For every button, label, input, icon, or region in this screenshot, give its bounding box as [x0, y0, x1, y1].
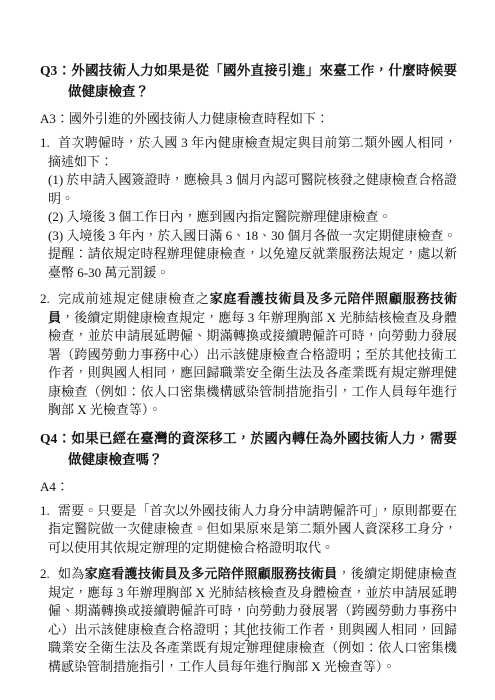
answer-a4-label-line: A4： — [40, 477, 457, 496]
a4-item-1-text: 需要。只要是「首次以外國技術人力身分申請聘僱許可」，原則都要在指定醫院做一次健康… — [48, 502, 457, 558]
a3-label: A3： — [40, 111, 69, 126]
q4-label: Q4： — [40, 431, 71, 446]
a3-item-1-sub-2: (2) 入境後 3 個工作日內，應到國內指定醫院辦理健康檢查。 — [48, 208, 457, 227]
a4-item-2-post: ，後續定期健康檢查規定，應每 3 年辦理胸部 X 光肺結核檢查及身體檢查，並於申… — [48, 566, 457, 674]
q4-question-text: 如果已經在臺灣的資深移工，於國內轉任為外國技術人力，需要做健康檢查嗎？ — [68, 431, 457, 467]
document-page: Q3：外國技術人力如果是從「國外直接引進」來臺工作，什麼時候要做健康檢查？ A3… — [0, 0, 495, 700]
a4-item-2-pre: 如為 — [58, 566, 85, 581]
a3-item-2-pre: 完成前述規定健康檢查之 — [58, 291, 210, 306]
a3-item-2: 2. 完成前述規定健康檢查之家庭看護技術員及多元陪伴照顧服務技術員，後續定期健康… — [40, 290, 457, 420]
a3-intro-text: 國外引進的外國技術人力健康檢查時程如下： — [69, 111, 329, 126]
a3-item-1: 1. 首次聘僱時，於入國 3 年內健康檢查規定與目前第二類外國人相同，摘述如下：… — [40, 134, 457, 282]
a3-item-1-marker: 1. — [40, 134, 50, 153]
question-q4-heading: Q4：如果已經在臺灣的資深移工，於國內轉任為外國技術人力，需要做健康檢查嗎？ — [40, 428, 457, 470]
question-q3-heading: Q3：外國技術人力如果是從「國外直接引進」來臺工作，什麼時候要做健康檢查？ — [40, 60, 457, 102]
a4-item-2-marker: 2. — [40, 565, 50, 584]
answer-a3-intro: A3：國外引進的外國技術人力健康檢查時程如下： — [40, 109, 457, 128]
a3-item-1-lead: 首次聘僱時，於入國 3 年內健康檢查規定與目前第二類外國人相同，摘述如下： — [48, 134, 457, 171]
a4-item-1-marker: 1. — [40, 502, 50, 521]
a3-item-2-post: ，後續定期健康檢查規定，應每 3 年辦理胸部 X 光肺結核檢查及身體檢查，並於申… — [48, 310, 457, 418]
a3-item-2-marker: 2. — [40, 290, 50, 309]
a3-item-1-sub-3: (3) 入境後 3 年內，於入國日滿 6、18、30 個月各做一次定期健康檢查。 — [48, 227, 457, 246]
a4-label: A4： — [40, 479, 69, 494]
a3-item-1-sub-1: (1) 於申請入國簽證時，應檢具 3 個月內認可醫院核發之健康檢查合格證明。 — [48, 171, 457, 208]
page-number: 2 — [0, 632, 495, 644]
document-content: Q3：外國技術人力如果是從「國外直接引進」來臺工作，什麼時候要做健康檢查？ A3… — [40, 60, 457, 684]
a4-item-2-text: 如為家庭看護技術員及多元陪伴照顧服務技術員，後續定期健康檢查規定，應每 3 年辦… — [48, 565, 457, 676]
a3-item-1-reminder: 提醒：請依規定時程辦理健康檢查，以免違反就業服務法規定，處以新臺幣 6-30 萬… — [48, 245, 457, 282]
a4-item-1: 1. 需要。只要是「首次以外國技術人力身分申請聘僱許可」，原則都要在指定醫院做一… — [40, 502, 457, 558]
q3-question-text: 外國技術人力如果是從「國外直接引進」來臺工作，什麼時候要做健康檢查？ — [68, 63, 457, 99]
a4-item-2-bold: 家庭看護技術員及多元陪伴照顧服務技術員 — [85, 566, 338, 581]
q3-label: Q3： — [40, 63, 71, 78]
a3-item-2-text: 完成前述規定健康檢查之家庭看護技術員及多元陪伴照顧服務技術員，後續定期健康檢查規… — [48, 290, 457, 420]
a4-item-2: 2. 如為家庭看護技術員及多元陪伴照顧服務技術員，後續定期健康檢查規定，應每 3… — [40, 565, 457, 676]
